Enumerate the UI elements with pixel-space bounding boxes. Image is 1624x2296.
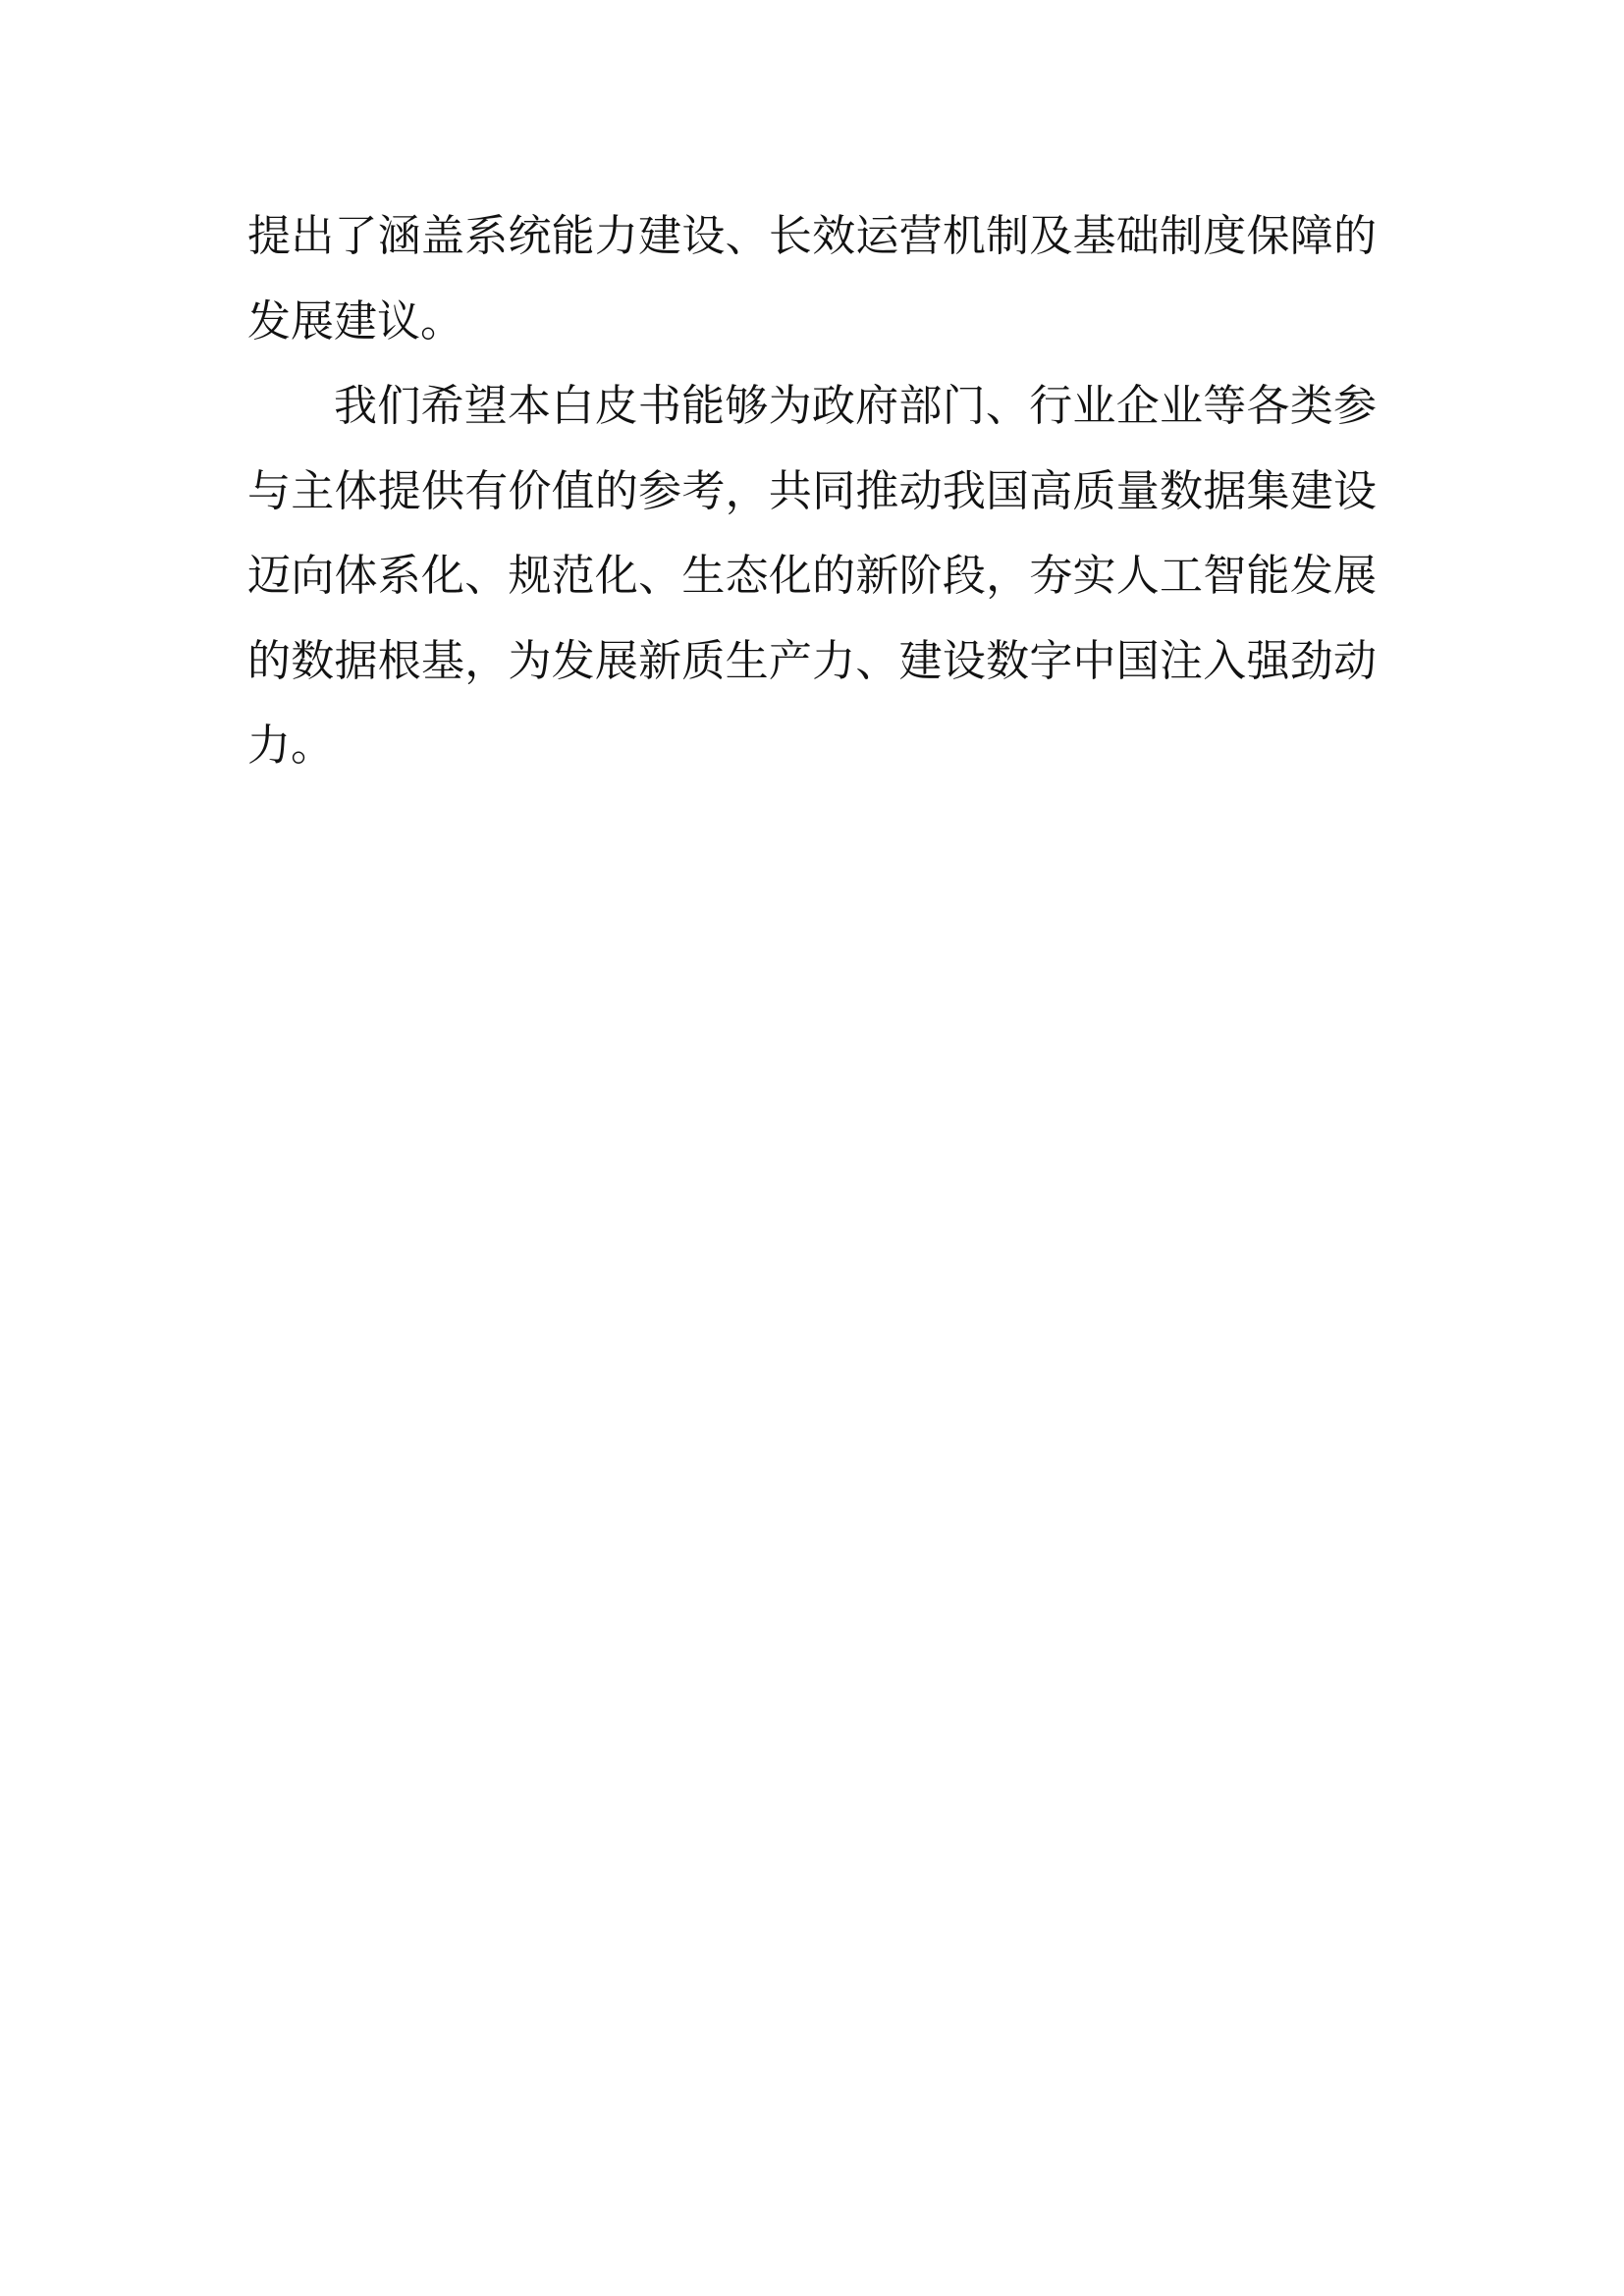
text-line: 我们希望本白皮书能够为政府部门、行业企业等各类参	[247, 364, 1377, 450]
text-line: 与主体提供有价值的参考，共同推动我国高质量数据集建设	[247, 450, 1377, 535]
text-line: 发展建议。	[247, 280, 1377, 365]
body-text: 提出了涵盖系统能力建设、长效运营机制及基础制度保障的发展建议。我们希望本白皮书能…	[247, 194, 1377, 789]
document-page: 提出了涵盖系统能力建设、长效运营机制及基础制度保障的发展建议。我们希望本白皮书能…	[0, 0, 1624, 2296]
text-line: 提出了涵盖系统能力建设、长效运营机制及基础制度保障的	[247, 194, 1377, 280]
text-line: 迈向体系化、规范化、生态化的新阶段，夯实人工智能发展	[247, 534, 1377, 619]
text-line: 力。	[247, 704, 1377, 789]
text-line: 的数据根基，为发展新质生产力、建设数字中国注入强劲动	[247, 619, 1377, 705]
